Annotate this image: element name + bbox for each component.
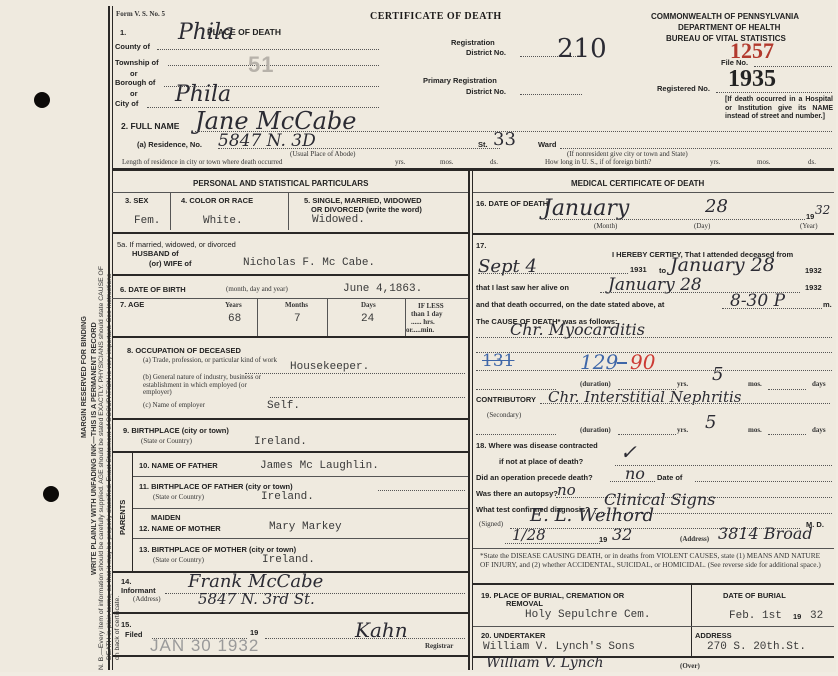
sex-label: 3. SEX — [125, 196, 148, 205]
hrs-label: ...... hrs. — [411, 318, 435, 326]
contracted-label-1: 18. Where was disease contracted — [476, 441, 598, 450]
to-year-value: 1932 — [805, 266, 822, 275]
mother-birthplace-value: Ireland. — [262, 554, 315, 566]
certificate-title: CERTIFICATE OF DEATH — [370, 11, 502, 22]
informant-address: 5847 N. 3rd St. — [198, 590, 315, 608]
section-1-number: 1. — [120, 28, 126, 37]
signed-19: 19 — [599, 535, 607, 544]
birthplace-value: Ireland. — [254, 436, 307, 448]
death-time-line — [722, 308, 822, 309]
primary-district-label: District No. — [466, 87, 506, 96]
yrs-label: yrs. — [710, 158, 720, 166]
days-label: days — [812, 426, 826, 434]
registrar-signature: Kahn — [355, 618, 408, 642]
divider — [133, 538, 468, 539]
occupation-c-label: (c) Name of employer — [143, 401, 205, 409]
registration-district-label: District No. — [466, 48, 506, 57]
registered-number: 1935 — [728, 66, 776, 93]
yrs-label: yrs. — [395, 158, 405, 166]
father-birthplace-sub: (State or Country) — [153, 493, 204, 501]
certificate-page: MARGIN RESERVED FOR BINDING WRITE PLAINL… — [0, 0, 838, 676]
dob-value: June 4,1863. — [343, 283, 422, 295]
months-label: Months — [285, 301, 308, 309]
divider — [112, 612, 468, 614]
father-birthplace-label: 11. BIRTHPLACE OF FATHER (city or town) — [139, 482, 293, 491]
mother-label: 12. NAME OF MOTHER — [139, 524, 221, 533]
registration-label: Registration — [451, 38, 495, 47]
date-of-line — [695, 481, 832, 482]
foreign-birth-label: How long in U. S., if of foreign birth? — [545, 158, 651, 166]
occupation-label: 8. OCCUPATION OF DECEASED — [127, 346, 241, 355]
race-label: 4. COLOR OR RACE — [181, 196, 253, 205]
mother-value: Mary Markey — [269, 521, 342, 533]
nonresident-note: (If nonresident give city or town and St… — [567, 150, 688, 158]
duration-line — [476, 434, 556, 435]
birthplace-label: 9. BIRTHPLACE (city or town) — [123, 426, 229, 435]
father-birthplace-value: Ireland. — [261, 491, 314, 503]
over-label: (Over) — [680, 662, 700, 670]
operation-line — [610, 481, 655, 482]
informant-number: 14. — [121, 577, 131, 586]
ward-line — [560, 148, 832, 149]
certify-number: 17. — [476, 241, 486, 250]
divider — [473, 192, 834, 193]
divider — [133, 508, 468, 509]
contributory-label: CONTRIBUTORY — [476, 395, 536, 404]
burial-date-label: DATE OF BURIAL — [723, 591, 786, 600]
physician-address-value: 3814 Broad — [718, 524, 813, 543]
last-saw-year: 1932 — [805, 283, 822, 292]
burial-19: 19 — [793, 612, 801, 621]
signed-date-line — [505, 543, 600, 544]
divider — [473, 583, 834, 585]
address-label: (Address) — [680, 535, 709, 543]
mos-label: mos. — [748, 426, 762, 434]
or-label: or — [130, 69, 138, 78]
abode-note: (Usual Place of Abode) — [290, 150, 356, 158]
duration-line — [768, 389, 806, 390]
spouse-label-2: HUSBAND of — [132, 249, 179, 258]
divider — [112, 298, 468, 299]
contracted-label-2: if not at place of death? — [499, 457, 583, 466]
personal-heading: PERSONAL AND STATISTICAL PARTICULARS — [193, 179, 368, 188]
age-years-value: 68 — [228, 313, 241, 325]
autopsy-label: Was there an autopsy? — [476, 489, 558, 498]
primary-registration-label: Primary Registration — [423, 76, 497, 85]
divider — [112, 168, 834, 171]
residence-label: (a) Residence, No. — [137, 140, 202, 149]
duration-years-value: 5 — [712, 364, 723, 385]
age-days-value: 24 — [361, 313, 374, 325]
occupation-line — [245, 373, 465, 374]
last-saw-label: that I last saw her alive on — [476, 283, 569, 292]
form-number: Form V. S. No. 5 — [116, 10, 165, 18]
parents-label: PARENTS — [118, 500, 127, 535]
spouse-value: Nicholas F. Mc Cabe. — [243, 257, 375, 269]
burial-place-value: Holy Sepulchre Cem. — [525, 609, 650, 621]
column-divider — [468, 170, 470, 670]
burial-year-value: 32 — [810, 610, 823, 622]
cause-code-red: 90 — [630, 350, 655, 374]
cause-line — [476, 337, 832, 338]
death-year-value: 32 — [815, 203, 830, 217]
sex-value: Fem. — [134, 215, 160, 227]
dob-label: 6. DATE OF BIRTH — [120, 285, 186, 294]
less-label: IF LESS — [418, 302, 444, 310]
burial-place-label-2: REMOVAL — [506, 599, 543, 608]
margin-line-2: WRITE PLAINLY WITH UNFADING INK—THIS IS … — [89, 322, 98, 575]
physician-signature: E. L. Welhord — [530, 505, 654, 526]
divider — [112, 655, 468, 657]
undertaker-address-value: 270 S. 20th.St. — [707, 641, 806, 653]
marital-label-2: OR DIVORCED (write the word) — [311, 205, 422, 214]
agency-line-1: COMMONWEALTH OF PENNSYLVANIA — [651, 12, 799, 21]
divider — [473, 626, 834, 627]
days-label: days — [812, 380, 826, 388]
county-label: County of — [115, 42, 150, 51]
marital-value: Widowed. — [312, 214, 365, 226]
date-of-death-label: 16. DATE OF DEATH — [476, 199, 548, 208]
mother-birthplace-sub: (State or Country) — [153, 556, 204, 564]
informant-value: Frank McCabe — [188, 571, 323, 592]
attended-to-value: January 28 — [670, 254, 775, 276]
spouse-label-1: 5a. If married, widowed, or divorced — [117, 240, 236, 249]
hospital-note: [If death occurred in a Hospital or Inst… — [725, 96, 833, 122]
signed-year-value: 32 — [612, 525, 632, 544]
yrs-label: yrs. — [677, 380, 688, 388]
divider — [112, 192, 468, 193]
divider — [327, 298, 328, 336]
divider — [473, 233, 834, 235]
township-label: Township of — [115, 58, 159, 67]
divider — [112, 418, 468, 420]
binding-margin: MARGIN RESERVED FOR BINDING WRITE PLAINL… — [10, 0, 110, 676]
divider — [257, 298, 258, 336]
certificate-sheet: MARGIN RESERVED FOR BINDING WRITE PLAINL… — [0, 0, 836, 672]
divider — [473, 548, 834, 549]
attended-from-line — [478, 273, 628, 274]
employer-line — [270, 397, 465, 398]
divider — [691, 584, 692, 656]
street-label: St. — [478, 140, 488, 149]
parents-divider — [132, 451, 133, 571]
registered-number-line — [716, 92, 832, 93]
divider — [133, 476, 468, 477]
from-year-value: 1931 — [630, 265, 647, 274]
divider — [112, 451, 468, 453]
death-year-prefix: 19 — [806, 212, 814, 221]
signed-label: (Signed) — [479, 520, 503, 528]
ds-label: ds. — [490, 158, 498, 166]
dob-note: (month, day and year) — [226, 285, 288, 293]
spouse-label-3: (or) WIFE of — [149, 259, 192, 268]
death-day-value: 28 — [705, 196, 728, 217]
age-months-value: 7 — [294, 313, 301, 325]
residence-line — [218, 148, 500, 149]
father-value: James Mc Laughlin. — [260, 460, 379, 472]
mos-label: mos. — [440, 158, 453, 166]
mos-label: mos. — [748, 380, 762, 388]
mos-label: mos. — [757, 158, 770, 166]
birthplace-sub: (State or Country) — [141, 437, 192, 445]
duration-line — [768, 434, 806, 435]
undertaker-label: 20. UNDERTAKER — [481, 631, 545, 640]
city-value: Phila — [175, 82, 231, 107]
informant-label: Informant — [121, 586, 156, 595]
race-value: White. — [203, 215, 243, 227]
years-label: Years — [225, 301, 242, 309]
signed-date-value: 1/28 — [512, 526, 546, 544]
footnote: *State the DISEASE CAUSING DEATH, or in … — [480, 551, 830, 569]
occupation-b-label: (b) General nature of industry, business… — [143, 374, 268, 397]
contracted-value: ✓ — [620, 440, 637, 464]
mother-birthplace-label: 13. BIRTHPLACE OF MOTHER (city or town) — [139, 545, 296, 554]
ward-value: 33 — [493, 129, 516, 150]
father-birthplace-line — [378, 490, 465, 491]
day-note: (Day) — [694, 222, 710, 230]
county-value: Phila — [178, 20, 234, 45]
duration-line — [476, 389, 556, 390]
margin-line-5: on back of certificate. — [114, 596, 121, 660]
divider — [112, 336, 468, 338]
date-of-label: Date of — [657, 473, 682, 482]
filed-label: Filed — [125, 630, 143, 639]
occupation-a-label: (a) Trade, profession, or particular kin… — [143, 357, 283, 365]
divider — [170, 193, 171, 230]
days-label: Days — [361, 301, 376, 309]
stamp-51: 51 — [248, 52, 274, 78]
month-note: (Month) — [594, 222, 617, 230]
death-time-label: and that death occurred, on the date sta… — [476, 300, 664, 309]
secondary-label: (Secondary) — [487, 411, 521, 419]
border-line — [108, 6, 110, 670]
primary-district-line — [520, 94, 582, 95]
yrs-label: yrs. — [677, 426, 688, 434]
duration-label: (duration) — [580, 380, 611, 388]
marital-label-1: 5. SINGLE, MARRIED, WIDOWED — [304, 196, 422, 205]
death-month-value: January — [543, 196, 629, 221]
margin-line-1: MARGIN RESERVED FOR BINDING — [79, 316, 88, 438]
contributory-line — [540, 403, 830, 404]
city-label: City of — [115, 99, 138, 108]
min-label: or.....min. — [406, 326, 434, 334]
ward-label: Ward — [538, 140, 556, 149]
informant-address-label: (Address) — [133, 595, 161, 603]
length-of-residence-label: Length of residence in city or town wher… — [122, 158, 282, 166]
margin-line-3: N. B.—Every item of information should b… — [98, 266, 105, 670]
m-label: m. — [823, 300, 832, 309]
contracted-line — [615, 465, 832, 466]
burial-place-label-1: 19. PLACE OF BURIAL, CREMATION OR — [481, 591, 624, 600]
cause-code-struck: 131 — [482, 351, 514, 371]
death-date-line — [545, 219, 805, 220]
filed-date-stamp: JAN 30 1932 — [150, 636, 259, 656]
burial-date-value: Feb. 1st — [729, 610, 782, 622]
filed-number: 15. — [121, 620, 131, 629]
divider — [112, 274, 468, 276]
employer-value: Self. — [267, 400, 300, 412]
undertaker-address-label: ADDRESS — [695, 631, 732, 640]
county-line — [157, 49, 379, 50]
age-label: 7. AGE — [120, 300, 144, 309]
divider — [112, 232, 468, 234]
medical-heading: MEDICAL CERTIFICATE OF DEATH — [571, 179, 704, 188]
registrar-label: Registrar — [425, 642, 453, 650]
year-note: (Year) — [800, 222, 818, 230]
occupation-value: Housekeeper. — [290, 361, 369, 373]
ds-label: ds. — [808, 158, 816, 166]
duration2-years-value: 5 — [705, 412, 716, 433]
maiden-label: MAIDEN — [151, 513, 181, 522]
duration-label: (duration) — [580, 426, 611, 434]
borough-label: Borough of — [115, 78, 155, 87]
duration-line — [618, 434, 676, 435]
or-label: or — [130, 89, 138, 98]
registration-district-value: 210 — [557, 34, 607, 64]
to-label: to — [659, 266, 666, 275]
less-label: than 1 day — [411, 310, 443, 318]
column-divider — [472, 170, 473, 670]
registered-number-label: Registered No. — [657, 84, 710, 93]
father-label: 10. NAME OF FATHER — [139, 461, 218, 470]
code-dash — [617, 362, 627, 364]
undertaker-signature: William V. Lynch — [486, 655, 604, 671]
cause-code-blue: 129 — [580, 350, 618, 374]
full-name-label: 2. FULL NAME — [121, 121, 179, 131]
agency-line-2: DEPARTMENT OF HEALTH — [678, 23, 780, 32]
divider — [288, 193, 289, 230]
undertaker-value: William V. Lynch's Sons — [483, 641, 635, 653]
